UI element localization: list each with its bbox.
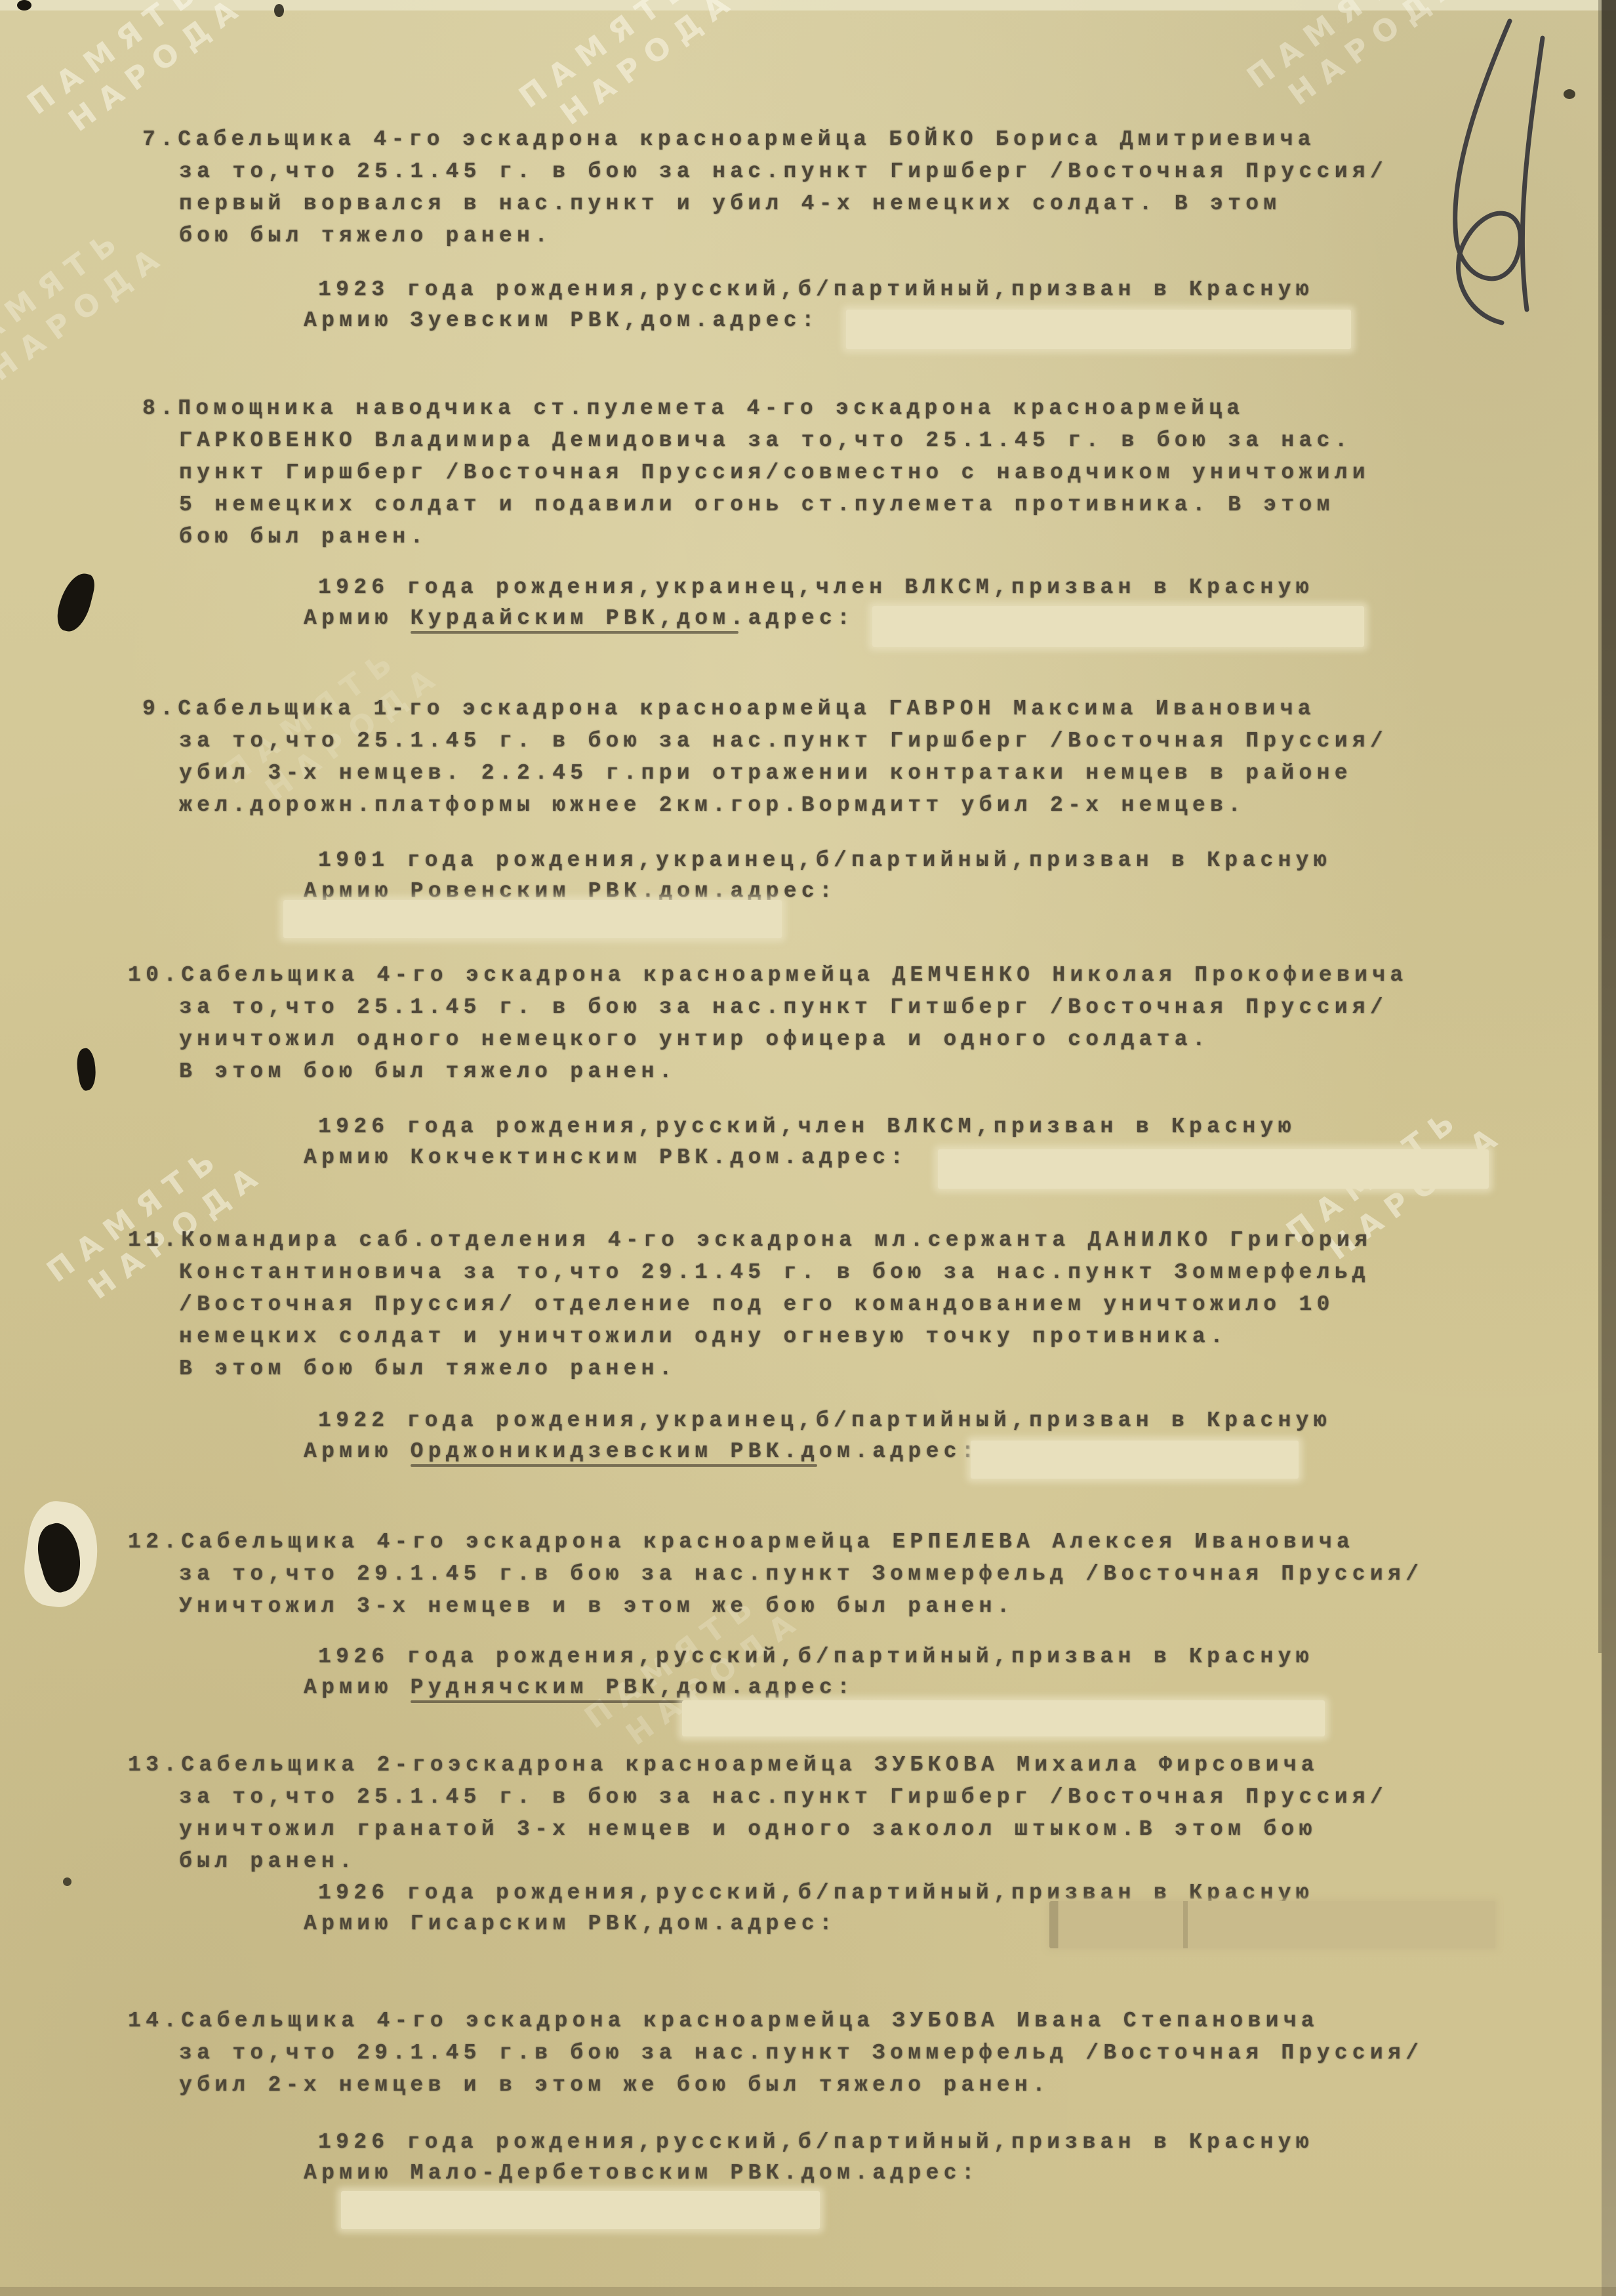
- redaction-box: [938, 1149, 1489, 1189]
- typed-line: за то,что 25.1.45 г. в бою за нас.пункт …: [128, 1781, 1597, 1813]
- typed-line: жел.дорожн.платформы южнее 2км.гор.Вормд…: [128, 789, 1597, 821]
- service-record-11: 1922 года рождения,украинец,б/партийный,…: [128, 1405, 1597, 1467]
- typed-line: Армию Курдайским РВК,дом.адрес:: [128, 603, 1597, 634]
- typed-line: 13.Сабельщика 2-гоэскадрона красноармейц…: [128, 1749, 1597, 1781]
- redaction-box: [283, 900, 782, 938]
- typed-underline: [411, 1700, 725, 1703]
- typed-line: 1926 года рождения,украинец,член ВЛКСМ,п…: [128, 572, 1597, 603]
- award-entry-8: 8.Помощника наводчика ст.пулемета 4-го э…: [128, 392, 1597, 553]
- typed-line: 9.Сабельщика 1-го эскадрона красноармейц…: [128, 693, 1597, 725]
- typed-line: ГАРКОВЕНКО Владимира Демидовича за то,чт…: [128, 424, 1597, 457]
- typed-line: 1922 года рождения,украинец,б/партийный,…: [128, 1405, 1597, 1436]
- ink-speck: [274, 4, 284, 17]
- award-entry-14: 14.Сабельщика 4-го эскадрона красноармей…: [128, 2005, 1597, 2101]
- award-entry-9: 9.Сабельщика 1-го эскадрона красноармейц…: [128, 693, 1597, 821]
- typed-line: Армию Орджоникидзевским РВК.дом.адрес:: [128, 1436, 1597, 1467]
- redaction-box: [971, 1441, 1299, 1479]
- typed-line: В этом бою был тяжело ранен.: [128, 1353, 1597, 1385]
- typed-line: за то,что 29.1.45 г.в бою за нас.пункт З…: [128, 1558, 1597, 1590]
- award-entry-12: 12.Сабельщика 4-го эскадрона красноармей…: [128, 1526, 1597, 1622]
- award-entry-11: 11.Командира саб.отделения 4-го эскадрон…: [128, 1224, 1597, 1385]
- typed-line: 1926 года рождения,русский,б/партийный,п…: [128, 1641, 1597, 1672]
- typed-line: за то,что 25.1.45 г. в бою за нас.пункт …: [128, 991, 1597, 1023]
- typed-line: 12.Сабельщика 4-го эскадрона красноармей…: [128, 1526, 1597, 1558]
- typed-underline: [411, 631, 738, 634]
- typed-line: убил 3-х немцев. 2.2.45 г.при отражении …: [128, 757, 1597, 789]
- typed-line: 10.Сабельщика 4-го эскадрона красноармей…: [128, 959, 1597, 991]
- typed-line: 5 немецких солдат и подавили огонь ст.пу…: [128, 489, 1597, 521]
- ink-speck: [63, 1877, 71, 1886]
- typed-line: Константиновича за то,что 29.1.45 г. в б…: [128, 1256, 1597, 1288]
- redaction-box: [846, 310, 1351, 349]
- typed-line: за то,что 25.1.45 г. в бою за нас.пункт …: [128, 725, 1597, 757]
- paper-hole: [74, 1047, 100, 1092]
- scan-bottom-edge: [0, 2287, 1616, 2296]
- typed-line: В этом бою был тяжело ранен.: [128, 1056, 1597, 1088]
- typed-line: убил 2-х немцев и в этом же бою был тяже…: [128, 2069, 1597, 2101]
- typed-line: уничтожил гранатой 3-х немцев и одного з…: [128, 1813, 1597, 1845]
- typed-line: 8.Помощника наводчика ст.пулемета 4-го э…: [128, 392, 1597, 424]
- redaction-box: [682, 1700, 1325, 1736]
- paper-hole: [54, 569, 98, 635]
- service-record-9: 1901 года рождения,украинец,б/партийный,…: [128, 845, 1597, 907]
- typed-underline: [411, 1464, 817, 1467]
- typed-line: 1901 года рождения,украинец,б/партийный,…: [128, 845, 1597, 876]
- award-entry-13: 13.Сабельщика 2-гоэскадрона красноармейц…: [128, 1749, 1597, 1877]
- ink-speck: [1564, 89, 1575, 99]
- redaction-box: [341, 2191, 820, 2229]
- scanned-document-page: ПАМЯТЬНАРОДА ПАМЯТЬНАРОДА ПАМЯТЬНАРОДА П…: [0, 0, 1616, 2296]
- service-record-12: 1926 года рождения,русский,б/партийный,п…: [128, 1641, 1597, 1703]
- scan-right-edge: [1602, 0, 1616, 2296]
- typed-line: пункт Гиршберг /Восточная Пруссия/совмес…: [128, 457, 1597, 489]
- typed-line: был ранен.: [128, 1845, 1597, 1877]
- typed-line: 11.Командира саб.отделения 4-го эскадрон…: [128, 1224, 1597, 1256]
- service-record-8: 1926 года рождения,украинец,член ВЛКСМ,п…: [128, 572, 1597, 634]
- typed-line: за то,что 29.1.45 г.в бою за нас.пункт З…: [128, 2037, 1597, 2069]
- typed-line: уничтожил одного немецкого унтир офицера…: [128, 1023, 1597, 1056]
- pen-mark: [1358, 7, 1616, 348]
- typed-line: немецких солдат и уничтожили одну огневу…: [128, 1321, 1597, 1353]
- ink-speck: [17, 0, 31, 10]
- service-record-14: 1926 года рождения,русский,б/партийный,п…: [128, 2127, 1597, 2188]
- typed-line: Уничтожил 3-х немцев и в этом же бою был…: [128, 1590, 1597, 1622]
- typed-line: Армию Мало-Дербетовским РВК.дом.адрес:: [128, 2158, 1597, 2188]
- redaction-box: [1049, 1901, 1495, 1948]
- typed-line: 14.Сабельщика 4-го эскадрона красноармей…: [128, 2005, 1597, 2037]
- award-entry-10: 10.Сабельщика 4-го эскадрона красноармей…: [128, 959, 1597, 1088]
- typed-line: Армию Руднячским РВК,дом.адрес:: [128, 1672, 1597, 1703]
- typed-line: 1926 года рождения,русский,член ВЛКСМ,пр…: [128, 1111, 1597, 1142]
- typed-line: бою был ранен.: [128, 521, 1597, 553]
- redaction-box: [872, 606, 1364, 647]
- typed-line: 1926 года рождения,русский,б/партийный,п…: [128, 2127, 1597, 2158]
- typed-line: /Восточная Пруссия/ отделение под его ко…: [128, 1288, 1597, 1321]
